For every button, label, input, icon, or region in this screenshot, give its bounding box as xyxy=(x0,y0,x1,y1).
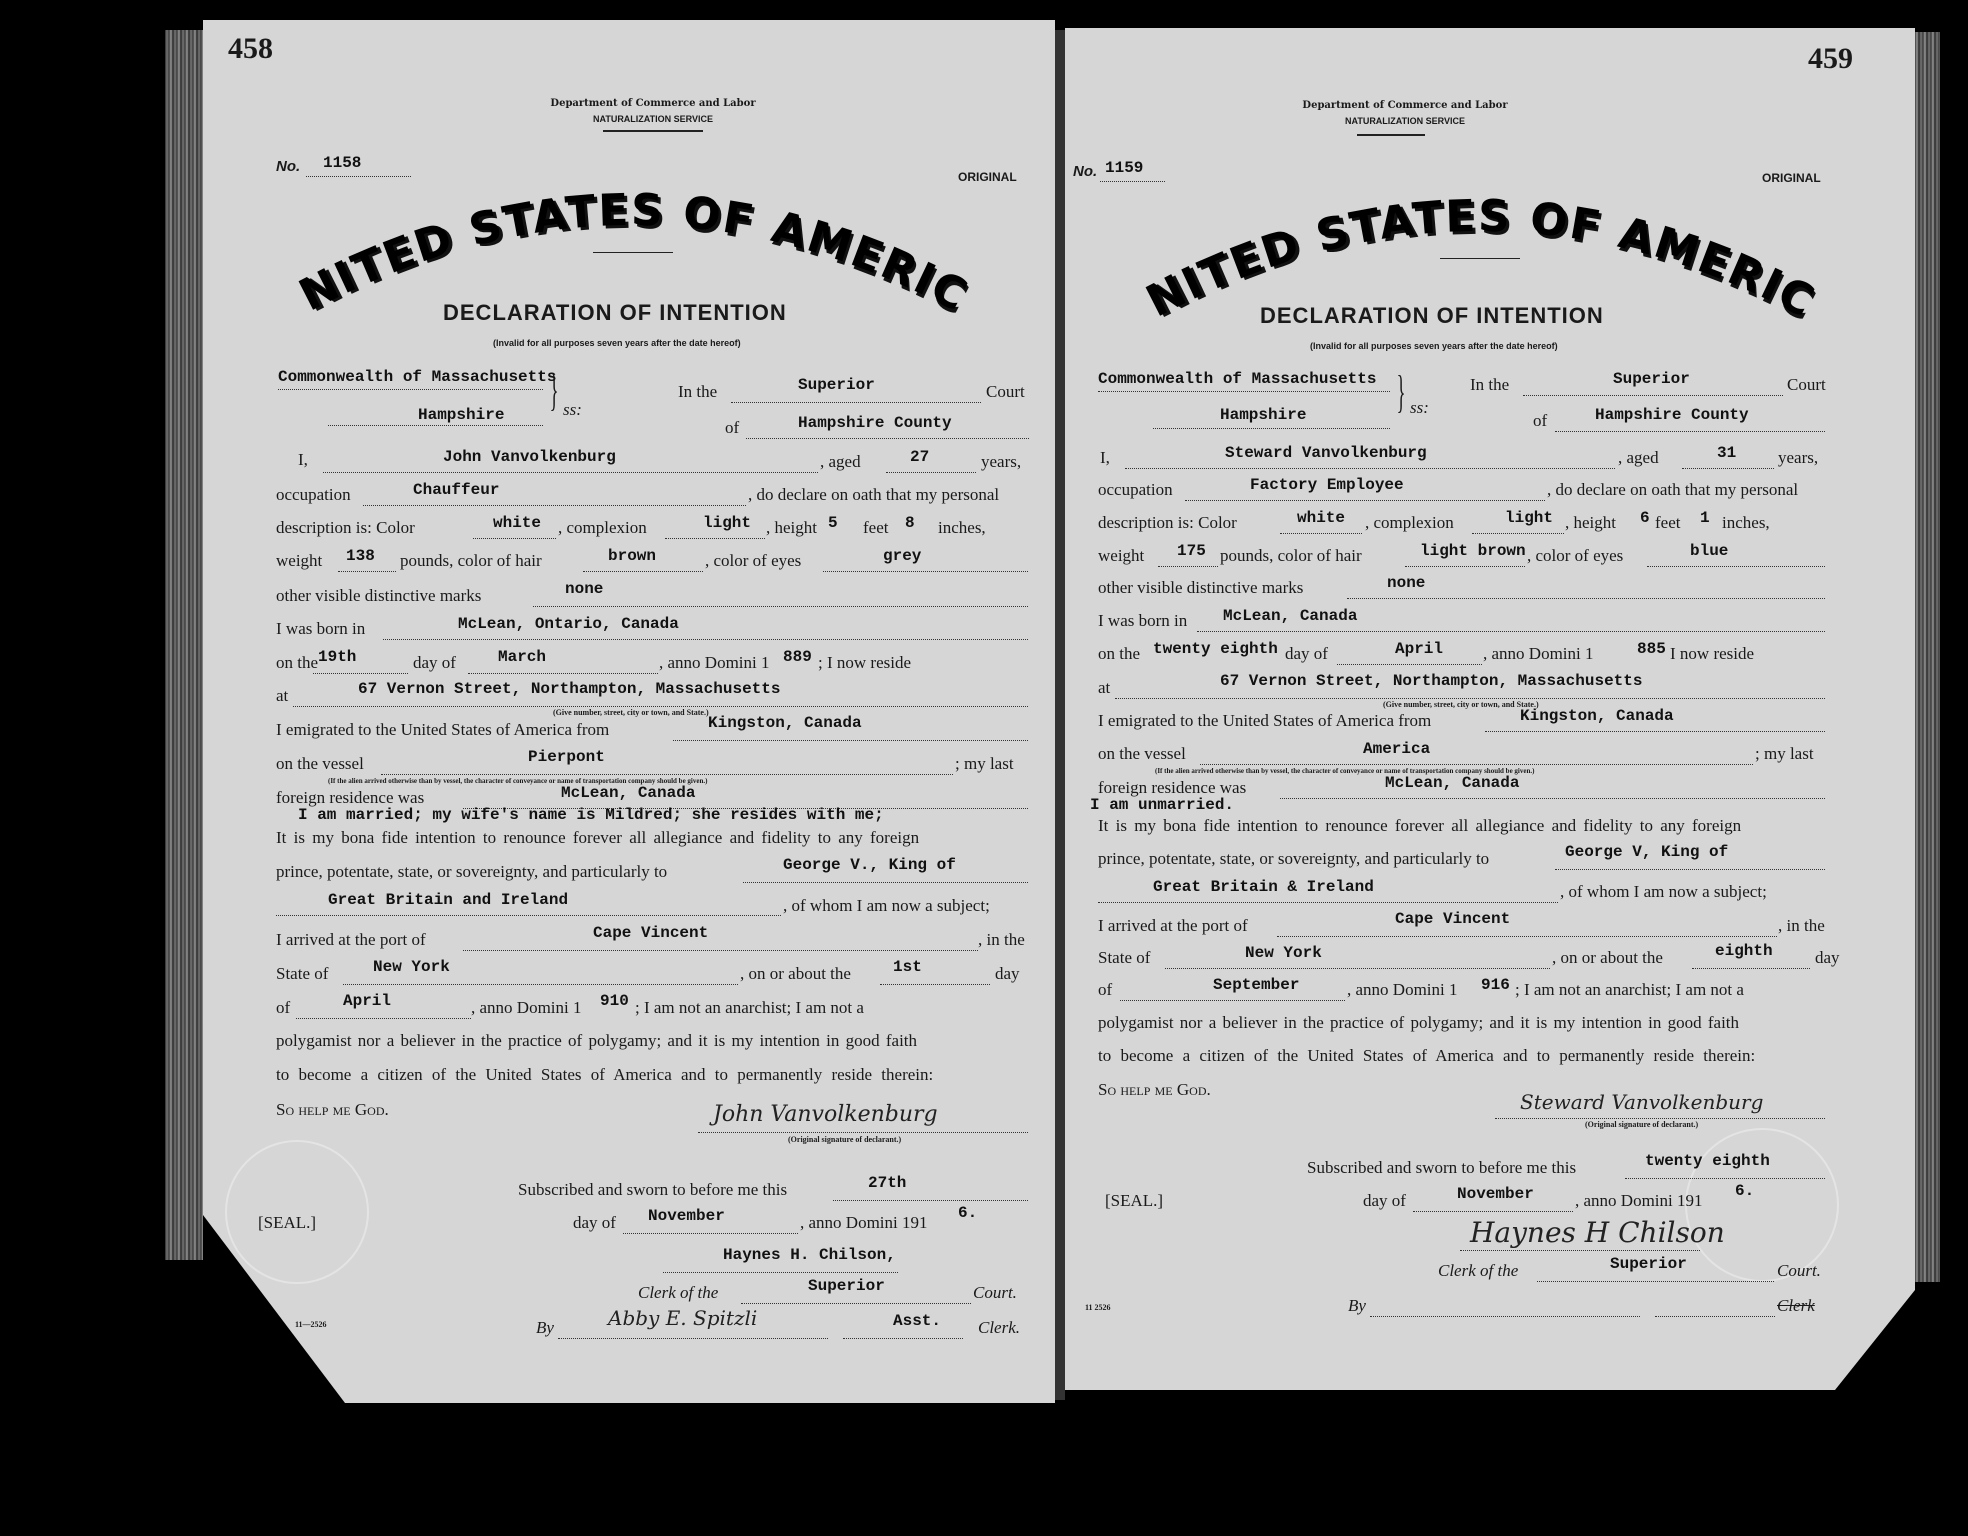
hair-value: light brown xyxy=(1420,542,1526,560)
i-label: I, xyxy=(1100,448,1110,468)
rule xyxy=(558,1338,828,1339)
rule xyxy=(1555,431,1825,432)
citizen-line: to become a citizen of the United States… xyxy=(1098,1046,1755,1066)
asst-label: Asst. xyxy=(893,1312,941,1330)
county-value: Hampshire xyxy=(418,406,504,424)
rule xyxy=(731,402,981,403)
rule xyxy=(381,774,953,775)
anarchist-label: ; I am not an anarchist; I am not a xyxy=(1515,980,1744,1000)
declare-label: , do declare on oath that my personal xyxy=(1547,480,1798,500)
foreign-residence-value: McLean, Canada xyxy=(561,784,695,802)
arrival-day-value: 1st xyxy=(893,958,922,976)
in-the-label: In the xyxy=(678,382,717,402)
form-number: 11 2526 xyxy=(1085,1303,1111,1312)
rule xyxy=(1280,533,1362,534)
arrival-day-value: eighth xyxy=(1715,942,1773,960)
sworn-anno-label: , anno Domini 191 xyxy=(800,1213,928,1233)
of-label-2: of xyxy=(276,998,290,1018)
by-label: By xyxy=(1348,1296,1366,1316)
i-label: I, xyxy=(298,450,308,470)
invalid-note: (Invalid for all purposes seven years af… xyxy=(1310,341,1558,351)
complexion-value: light xyxy=(1505,509,1553,527)
clerk-label: Clerk. xyxy=(978,1318,1020,1338)
rule xyxy=(323,472,818,473)
residence-hint: (Give number, street, city or town, and … xyxy=(1383,700,1539,709)
aged-label: , aged xyxy=(1618,448,1659,468)
rule xyxy=(468,673,658,674)
age-value: 31 xyxy=(1717,444,1736,462)
clerk-court-label: Court. xyxy=(1777,1261,1821,1281)
weight-label: weight xyxy=(276,551,322,571)
arrival-year-value: 916 xyxy=(1481,976,1510,994)
form-number: 11—2526 xyxy=(295,1320,327,1329)
vessel-value: Pierpont xyxy=(528,748,605,766)
brace: } xyxy=(550,366,559,414)
inches-label: inches, xyxy=(1722,513,1770,533)
citizen-line: to become a citizen of the United States… xyxy=(276,1065,933,1085)
rule xyxy=(741,1303,971,1304)
rule xyxy=(746,438,1029,439)
anno-label: , anno Domini 1 xyxy=(659,653,770,673)
in-the-label: In the xyxy=(1470,375,1509,395)
sworn-day-value: 27th xyxy=(868,1174,906,1192)
aged-label: , aged xyxy=(820,452,861,472)
height-feet-value: 5 xyxy=(828,514,838,532)
rule xyxy=(743,882,1028,883)
at-label: at xyxy=(1098,678,1110,698)
court-of-value: Hampshire County xyxy=(798,414,952,432)
so-help-me-god: So help me God. xyxy=(276,1100,389,1120)
sworn-label: Subscribed and sworn to before me this xyxy=(518,1180,787,1200)
day-of-label: day of xyxy=(413,653,456,673)
sworn-year-value: 6. xyxy=(958,1204,977,1222)
declarant-signature: John Vanvolkenburg xyxy=(713,1102,938,1127)
assistant-signature: Abby E. Spitzli xyxy=(608,1306,757,1330)
marks-label: other visible distinctive marks xyxy=(1098,578,1303,598)
occupation-label: occupation xyxy=(1098,480,1173,500)
occupation-value: Factory Employee xyxy=(1250,476,1404,494)
court-label: Court xyxy=(986,382,1025,402)
port-label: I arrived at the port of xyxy=(1098,916,1248,936)
clerk-name: Haynes H. Chilson, xyxy=(723,1246,896,1264)
brace: } xyxy=(1397,368,1406,416)
marital-status: I am unmarried. xyxy=(1090,796,1234,814)
rule xyxy=(338,571,396,572)
rule xyxy=(1460,1250,1700,1251)
court-value: Superior xyxy=(1613,370,1690,388)
day-of-label: day of xyxy=(1285,644,1328,664)
embossed-seal xyxy=(225,1140,369,1284)
marks-value: none xyxy=(565,580,603,598)
rule xyxy=(296,1018,471,1019)
rule xyxy=(1120,1000,1345,1001)
weight-value: 175 xyxy=(1177,542,1206,560)
residence-value: 67 Vernon Street, Northampton, Massachus… xyxy=(1220,672,1642,690)
height-inches-value: 1 xyxy=(1700,509,1710,527)
rule xyxy=(1537,1281,1774,1282)
declarant-name: Steward Vanvolkenburg xyxy=(1225,444,1427,462)
rule xyxy=(1115,698,1825,699)
description-label: description is: Color xyxy=(1098,513,1237,533)
rule xyxy=(843,1338,963,1339)
arrival-state-value: New York xyxy=(1245,944,1322,962)
county-value: Hampshire xyxy=(1220,406,1306,424)
arrival-month-value: September xyxy=(1213,976,1299,994)
vessel-label: on the vessel xyxy=(1098,744,1186,764)
clerk-court-value: Superior xyxy=(808,1277,885,1295)
state-of-label: State of xyxy=(276,964,328,984)
sworn-month-value: November xyxy=(648,1207,725,1225)
rule xyxy=(1370,1316,1640,1317)
renounce-line-2: prince, potentate, state, or sovereignty… xyxy=(1098,849,1489,869)
eyes-value: grey xyxy=(883,547,921,565)
rule xyxy=(473,538,556,539)
sworn-month-value: November xyxy=(1457,1185,1534,1203)
polygamy-line: polygamist nor a believer in the practic… xyxy=(276,1031,917,1051)
emigrated-label: I emigrated to the United States of Amer… xyxy=(1098,711,1431,731)
declarant-signature: Steward Vanvolkenburg xyxy=(1520,1090,1763,1114)
rule xyxy=(463,950,978,951)
court-of-value: Hampshire County xyxy=(1595,406,1749,424)
clerk-label: Clerk xyxy=(1777,1296,1815,1316)
rule xyxy=(1197,631,1825,632)
my-last-label: ; my last xyxy=(1755,744,1814,764)
rule xyxy=(833,1200,1028,1201)
about-label: , on or about the xyxy=(740,964,851,984)
emigrated-from-value: Kingston, Canada xyxy=(1520,707,1674,725)
color-value: white xyxy=(1297,509,1345,527)
marks-label: other visible distinctive marks xyxy=(276,586,481,606)
rule xyxy=(623,1233,798,1234)
rule xyxy=(1098,902,1558,903)
day-label: day xyxy=(995,964,1020,984)
weight-label: weight xyxy=(1098,546,1144,566)
service-heading: NATURALIZATION SERVICE xyxy=(1275,116,1535,126)
ss-label: ss: xyxy=(563,400,582,420)
about-label: , on or about the xyxy=(1552,948,1663,968)
hair-label: pounds, color of hair xyxy=(400,551,542,571)
renounce-line-2: prince, potentate, state, or sovereignty… xyxy=(276,862,667,882)
hair-label: pounds, color of hair xyxy=(1220,546,1362,566)
signature-hint: (Original signature of declarant.) xyxy=(788,1135,901,1144)
clerk-of-label: Clerk of the xyxy=(1438,1261,1518,1281)
age-value: 27 xyxy=(910,448,929,466)
emigrated-from-value: Kingston, Canada xyxy=(708,714,862,732)
rule xyxy=(1098,391,1390,392)
born-label: I was born in xyxy=(276,619,365,639)
born-label: I was born in xyxy=(1098,611,1187,631)
foreign-residence-label: foreign residence was xyxy=(276,788,424,808)
foreign-residence-value: McLean, Canada xyxy=(1385,774,1519,792)
rule xyxy=(1625,1178,1825,1179)
height-label: , height xyxy=(766,518,817,538)
rule xyxy=(1485,731,1825,732)
birth-year-value: 885 xyxy=(1637,640,1666,658)
eyes-label: , color of eyes xyxy=(1527,546,1623,566)
department-heading: Department of Commerce and Labor xyxy=(523,98,783,109)
years-label: years, xyxy=(1778,448,1818,468)
sworn-day-of-label: day of xyxy=(573,1213,616,1233)
rule xyxy=(1200,764,1753,765)
header-rule xyxy=(603,130,703,132)
occupation-value: Chauffeur xyxy=(413,481,499,499)
rule xyxy=(293,706,1028,707)
height-label: , height xyxy=(1565,513,1616,533)
complexion-label: , complexion xyxy=(558,518,647,538)
feet-label: feet xyxy=(1655,513,1680,533)
rule xyxy=(665,538,765,539)
rule xyxy=(1555,869,1825,870)
rule xyxy=(383,639,1028,640)
rule xyxy=(823,571,1028,572)
rule xyxy=(1495,1118,1825,1119)
marital-status: I am married; my wife's name is Mildred;… xyxy=(298,806,884,824)
at-label: at xyxy=(276,686,288,706)
height-inches-value: 8 xyxy=(905,514,915,532)
residence-hint: (Give number, street, city or town, and … xyxy=(553,708,709,717)
rule xyxy=(363,505,746,506)
title-rule xyxy=(593,252,673,253)
state-of-label: State of xyxy=(1098,948,1150,968)
polygamy-line: polygamist nor a believer in the practic… xyxy=(1098,1013,1739,1033)
so-help-me-god: So help me God. xyxy=(1098,1080,1211,1100)
title-rule xyxy=(1440,258,1520,259)
rule xyxy=(880,984,990,985)
left-page: 458 Department of Commerce and Labor NAT… xyxy=(203,20,1055,1403)
complexion-value: light xyxy=(703,514,751,532)
subject-label: , of whom I am now a subject; xyxy=(1560,882,1767,902)
service-heading: NATURALIZATION SERVICE xyxy=(523,114,783,124)
port-value: Cape Vincent xyxy=(593,924,708,942)
rule xyxy=(1125,468,1615,469)
sovereign-line-2: Great Britain & Ireland xyxy=(1153,878,1374,896)
birth-month-value: March xyxy=(498,648,546,666)
rule xyxy=(1165,968,1550,969)
sworn-day-value: twenty eighth xyxy=(1645,1152,1770,1170)
sovereign-line-1: George V, King of xyxy=(1565,843,1728,861)
birth-day-value: 19th xyxy=(318,648,356,666)
seal-label: [SEAL.] xyxy=(258,1213,316,1233)
subject-label: , of whom I am now a subject; xyxy=(783,896,990,916)
clerk-court-value: Superior xyxy=(1610,1255,1687,1273)
emigrated-label: I emigrated to the United States of Amer… xyxy=(276,720,609,740)
arrival-year-value: 910 xyxy=(600,992,629,1010)
by-label: By xyxy=(536,1318,554,1338)
rule xyxy=(313,673,408,674)
rule xyxy=(583,571,703,572)
rule xyxy=(1472,533,1564,534)
anno-2-label: , anno Domini 1 xyxy=(1347,980,1458,1000)
of-label: of xyxy=(1533,411,1547,431)
rule xyxy=(533,606,1028,607)
page-number: 458 xyxy=(228,32,273,66)
rule xyxy=(1682,468,1774,469)
rule xyxy=(1158,566,1218,567)
clerk-of-label: Clerk of the xyxy=(638,1283,718,1303)
seal-label: [SEAL.] xyxy=(1105,1191,1163,1211)
occupation-label: occupation xyxy=(276,485,351,505)
department-heading: Department of Commerce and Labor xyxy=(1275,100,1535,111)
arrival-month-value: April xyxy=(343,992,391,1010)
birthplace-value: McLean, Canada xyxy=(1223,607,1357,625)
declare-label: , do declare on oath that my personal xyxy=(748,485,999,505)
state-value: Commonwealth of Massachusetts xyxy=(278,368,556,386)
birth-day-value: twenty eighth xyxy=(1153,640,1278,658)
clerk-signature: Haynes H Chilson xyxy=(1470,1216,1725,1249)
arrival-state-value: New York xyxy=(373,958,450,976)
ss-label: ss: xyxy=(1410,398,1429,418)
feet-label: feet xyxy=(863,518,888,538)
day-label: day xyxy=(1815,948,1840,968)
rule xyxy=(1405,566,1525,567)
rule xyxy=(278,389,543,390)
document-title: DECLARATION OF INTENTION xyxy=(1260,303,1604,329)
hair-value: brown xyxy=(608,547,656,565)
header-rule xyxy=(1357,134,1425,136)
inches-label: inches, xyxy=(938,518,986,538)
rule xyxy=(276,915,781,916)
in-the-2-label: , in the xyxy=(978,930,1025,950)
sovereign-line-2: Great Britain and Ireland xyxy=(328,891,568,909)
declarant-name: John Vanvolkenburg xyxy=(443,448,616,466)
birthplace-value: McLean, Ontario, Canada xyxy=(458,615,679,633)
rule xyxy=(1185,500,1545,501)
anno-2-label: , anno Domini 1 xyxy=(471,998,582,1018)
of-label: of xyxy=(725,418,739,438)
in-the-2-label: , in the xyxy=(1778,916,1825,936)
rule xyxy=(328,425,543,426)
vessel-label: on the vessel xyxy=(276,754,364,774)
height-feet-value: 6 xyxy=(1640,509,1650,527)
birth-year-value: 889 xyxy=(783,648,812,666)
sworn-label: Subscribed and sworn to before me this xyxy=(1307,1158,1576,1178)
sovereign-line-1: George V., King of xyxy=(783,856,956,874)
birth-month-value: April xyxy=(1395,640,1443,658)
vessel-value: America xyxy=(1363,740,1430,758)
rule xyxy=(673,740,1028,741)
invalid-note: (Invalid for all purposes seven years af… xyxy=(493,338,741,348)
record-no-label: No. xyxy=(1073,163,1097,180)
port-label: I arrived at the port of xyxy=(276,930,426,950)
rule xyxy=(1153,428,1390,429)
of-label-2: of xyxy=(1098,980,1112,1000)
rule xyxy=(1647,566,1825,567)
anno-label: , anno Domini 1 xyxy=(1483,644,1594,664)
rule xyxy=(343,984,738,985)
book-gutter xyxy=(1055,30,1065,1400)
record-no-value: 1159 xyxy=(1105,159,1143,177)
rule xyxy=(1655,1316,1775,1317)
rule xyxy=(1347,598,1825,599)
complexion-label: , complexion xyxy=(1365,513,1454,533)
marks-value: none xyxy=(1387,574,1425,592)
rule xyxy=(1413,1211,1573,1212)
court-label: Court xyxy=(1787,375,1826,395)
reside-label: ; I now reside xyxy=(818,653,911,673)
rule xyxy=(663,1272,898,1273)
description-label: description is: Color xyxy=(276,518,415,538)
rule xyxy=(1280,798,1825,799)
page-number: 459 xyxy=(1808,42,1853,76)
residence-value: 67 Vernon Street, Northampton, Massachus… xyxy=(358,680,780,698)
rule xyxy=(1692,968,1810,969)
rule xyxy=(1523,395,1783,396)
rule xyxy=(698,1132,1028,1133)
sworn-day-of-label: day of xyxy=(1363,1191,1406,1211)
right-page: 459 Department of Commerce and Labor NAT… xyxy=(1065,28,1915,1390)
state-value: Commonwealth of Massachusetts xyxy=(1098,370,1376,388)
sworn-year-value: 6. xyxy=(1735,1182,1754,1200)
reside-label: I now reside xyxy=(1670,644,1754,664)
court-value: Superior xyxy=(798,376,875,394)
eyes-value: blue xyxy=(1690,542,1728,560)
document-title: DECLARATION OF INTENTION xyxy=(443,300,787,326)
rule xyxy=(1337,664,1482,665)
anarchist-label: ; I am not an anarchist; I am not a xyxy=(635,998,864,1018)
my-last-label: ; my last xyxy=(955,754,1014,774)
on-the-label: on the xyxy=(1098,644,1140,664)
clerk-court-label: Court. xyxy=(973,1283,1017,1303)
port-value: Cape Vincent xyxy=(1395,910,1510,928)
rule xyxy=(1277,936,1777,937)
years-label: years, xyxy=(981,452,1021,472)
left-page-edges xyxy=(165,30,203,1260)
signature-hint: (Original signature of declarant.) xyxy=(1585,1120,1698,1129)
renounce-line-1: It is my bona fide intention to renounce… xyxy=(276,828,919,848)
on-the-label: on the xyxy=(276,653,318,673)
rule xyxy=(886,472,976,473)
eyes-label: , color of eyes xyxy=(705,551,801,571)
foreign-residence-label: foreign residence was xyxy=(1098,778,1246,798)
color-value: white xyxy=(493,514,541,532)
renounce-line-1: It is my bona fide intention to renounce… xyxy=(1098,816,1741,836)
sworn-anno-label: , anno Domini 191 xyxy=(1575,1191,1703,1211)
weight-value: 138 xyxy=(346,547,375,565)
